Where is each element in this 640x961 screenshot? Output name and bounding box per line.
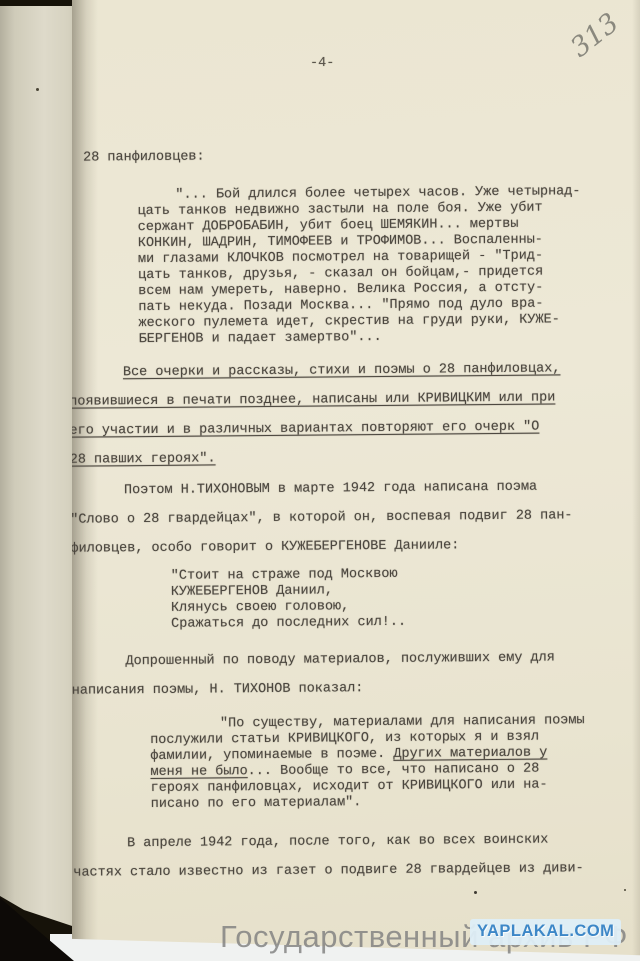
typed-text-segment: 28 павших героях". bbox=[70, 451, 216, 467]
typed-text-segment: В апреле 1942 года, после того, как во в… bbox=[127, 833, 548, 852]
typed-text-segment: жеского пулемета идет, скрестив на груди… bbox=[138, 312, 559, 331]
typed-text-segment: Других материалов у bbox=[393, 746, 547, 762]
poem-excerpt: "Стоит на страже под МосквоюКУЖЕБЕРГЕНОВ… bbox=[171, 565, 612, 633]
typed-line: появившиеся в печати позднее, написаны и… bbox=[69, 383, 609, 417]
typed-line: Все очерки и рассказы, стихи и поэмы о 2… bbox=[69, 354, 609, 388]
typed-text-blocks: "... Бой длился более четырех часов. Уже… bbox=[67, 184, 613, 888]
typed-line: БЕРГЕНОВ и падает замертво"... bbox=[139, 328, 609, 348]
typed-line: Допрошенный по поводу материалов, послуж… bbox=[71, 643, 611, 677]
typed-text-segment: КУЖЕБЕРГЕНОВ Даниил, bbox=[171, 583, 333, 599]
typed-text-segment: Клянусь своею головою, bbox=[171, 599, 349, 616]
typed-text-segment: писано по его материалам". bbox=[151, 795, 362, 812]
typed-text-segment: Все очерки и рассказы, стихи и поэмы о 2… bbox=[123, 361, 561, 380]
typed-text-segment: фамилии, упоминаемые в поэме. bbox=[150, 747, 393, 764]
typed-line: В апреле 1942 года, после того, как во в… bbox=[73, 825, 613, 859]
underlying-page-edge bbox=[0, 6, 80, 938]
typed-text-segment: БЕРГЕНОВ и падает замертво"... bbox=[139, 330, 382, 347]
typed-text-segment: Сражаться до последних сил!.. bbox=[171, 615, 406, 632]
typed-text-segment: "По существу, материалами для написания … bbox=[220, 713, 585, 731]
typed-text-segment: появившиеся в печати позднее, написаны и… bbox=[69, 390, 555, 409]
typed-text-segment: героях панфиловцах, исходит от КРИВИЦКОГ… bbox=[151, 778, 548, 796]
typed-line: филовцев, особо говорит о КУЖЕБЕРГЕНОВЕ … bbox=[70, 530, 610, 564]
typed-text-segment: "Стоит на страже под Москвою bbox=[171, 567, 398, 584]
combat-quote: "... Бой длился более четырех часов. Уже… bbox=[137, 184, 608, 348]
yaplakal-watermark: YAPLAKAL.COM bbox=[470, 919, 621, 945]
typed-text-segment: меня не было bbox=[150, 764, 247, 780]
typed-page-number: -4- bbox=[310, 56, 334, 71]
typed-line: Поэтом Н.ТИХОНОВЫМ в марте 1942 года нап… bbox=[70, 472, 610, 506]
typed-line: его участии и в различных вариантах повт… bbox=[69, 412, 609, 446]
typed-line: написания поэмы, Н. ТИХОНОВ показал: bbox=[72, 672, 612, 706]
april-1942-para: В апреле 1942 года, после того, как во в… bbox=[73, 825, 613, 888]
typed-text-segment: ... Вообще то все, что написано о 28 bbox=[248, 762, 540, 780]
typed-line: частях стало известно из газет о подвиге… bbox=[73, 854, 613, 888]
typed-text: 28 панфиловцев: "... Бой длился более че… bbox=[67, 146, 613, 888]
typed-line: "Слово о 28 гвардейцах", в которой он, в… bbox=[70, 501, 610, 535]
underlined-conclusion: Все очерки и рассказы, стихи и поэмы о 2… bbox=[69, 354, 610, 475]
typed-text-segment: его участии и в различных вариантах повт… bbox=[69, 420, 539, 439]
typed-line: писано по его материалам". bbox=[151, 793, 613, 813]
typed-text-segment: написания поэмы, Н. ТИХОНОВ показал: bbox=[72, 681, 364, 699]
tikhonov-poem-intro: Поэтом Н.ТИХОНОВЫМ в марте 1942 года нап… bbox=[70, 472, 611, 564]
typed-text-segment: частях стало известно из газет о подвиге… bbox=[73, 861, 584, 880]
interrogation-intro: Допрошенный по поводу материалов, послуж… bbox=[71, 643, 611, 706]
typed-text-segment: Допрошенный по поводу материалов, послуж… bbox=[125, 650, 554, 669]
handwritten-folio-number: 313 bbox=[565, 7, 625, 63]
typed-text-segment: "Слово о 28 гвардейцах", в которой он, в… bbox=[70, 508, 572, 527]
paper-speck bbox=[624, 889, 626, 891]
document-page: 313 -4- 28 панфиловцев: "... Бой длился … bbox=[72, 0, 640, 961]
paper-speck bbox=[36, 88, 39, 91]
typed-text-segment: филовцев, особо говорит о КУЖЕБЕРГЕНОВЕ … bbox=[70, 538, 459, 556]
tikhonov-testimony: "По существу, материалами для написания … bbox=[150, 713, 613, 813]
scanned-document-page: 313 -4- 28 панфиловцев: "... Бой длился … bbox=[0, 0, 640, 961]
document-heading: 28 панфиловцев: bbox=[67, 146, 607, 167]
paper-speck bbox=[474, 891, 477, 894]
typed-text-segment: Поэтом Н.ТИХОНОВЫМ в марте 1942 года нап… bbox=[124, 480, 537, 499]
typed-line: Сражаться до последних сил!.. bbox=[171, 613, 611, 633]
typed-line: 28 павших героях". bbox=[70, 441, 610, 475]
